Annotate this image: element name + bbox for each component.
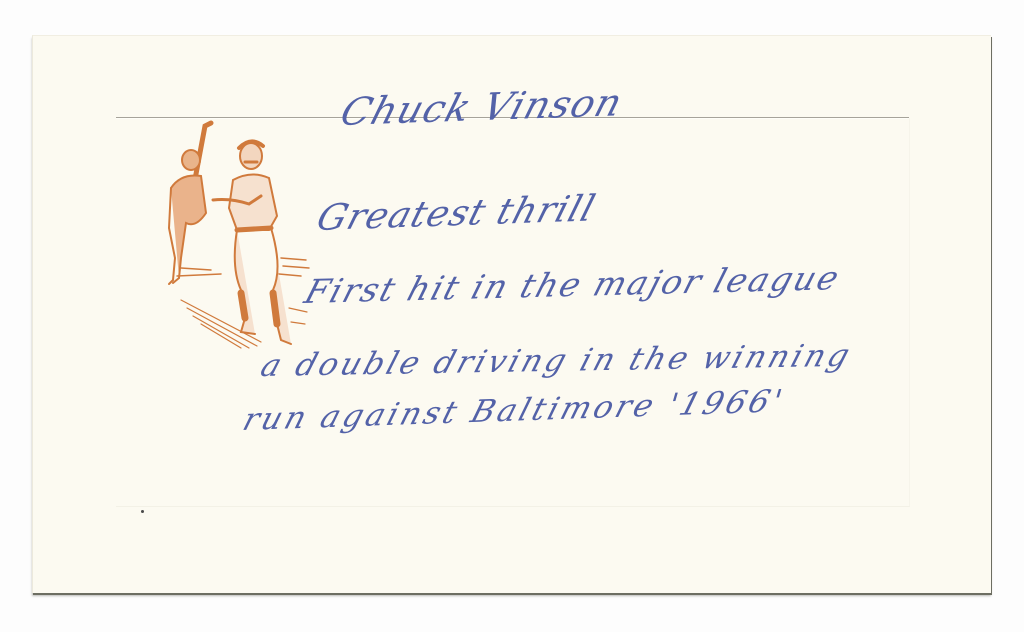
baseball-player-illustration bbox=[141, 118, 311, 358]
batter-icon bbox=[141, 118, 311, 358]
scan-background: Chuck Vinson Greatest thrill First hit i… bbox=[0, 0, 1024, 632]
paper-speck bbox=[141, 510, 144, 513]
